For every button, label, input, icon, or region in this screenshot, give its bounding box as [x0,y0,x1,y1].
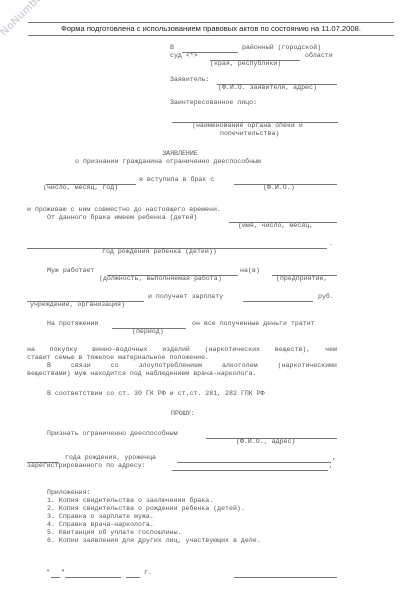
marriage-text: я вступила в брак с [139,176,214,184]
document-subtitle: о признании гражданина ограниченно деесп… [75,158,261,166]
request-title: ПРОШУ: [171,410,195,418]
word: со [111,362,119,370]
attachment-item: 1. Копия свидетельства о заключении брак… [47,497,213,505]
paragraph-1-line-2: ставит семью в тяжелое материальное поло… [27,354,209,362]
salary-field[interactable] [243,301,313,302]
children-text: От данного брака имеем ребенка (детей) [47,214,197,222]
period-hint: (период) [132,328,164,336]
quote-close: " [61,569,65,577]
period-mark: . [329,240,333,248]
organization-hint-1: (предприятие, [276,275,327,283]
salary-text: и получает зарплату [148,293,223,301]
signature-field[interactable] [234,577,337,578]
document-title: ЗАЯВЛЕНИЕ [0,150,360,158]
at-text: на(в) [240,267,260,275]
comma-2: , [329,462,333,470]
legal-basis: В соответствии со ст. 30 ГК РФ и ст.ст. … [47,390,265,398]
court-label: суд <*> [170,52,198,60]
address-field[interactable] [172,470,328,471]
living-text: и проживаю с ним совместно до настоящего… [27,206,221,214]
word: (наркотическими [278,362,337,370]
registered-text: зарегистрированного по адресу: [27,462,146,470]
interested-hint-2: попечительства) [220,130,279,138]
position-hint: (должность, выполняемая работа) [99,275,222,283]
paragraph-2-line-1: В связи со злоупотреблением алкоголем (н… [47,362,337,370]
currency-text: руб. [318,293,334,301]
birth-text: года рождения, уроженца [65,454,156,462]
attachment-item: 3. Справка о зарплате мужа. [47,513,154,521]
region-hint: (края, республики) [210,60,281,68]
comma-1: , [332,454,336,462]
word: покупку [50,346,78,354]
word: чем [325,346,337,354]
husband-works-text: Муж работает [47,267,94,275]
attachments-title: Приложения: [47,489,91,497]
word: веществ), [275,346,311,354]
word: на [27,346,35,354]
paragraph-2-line-2: веществами) муж находится под наблюдение… [27,370,257,378]
applicant-hint: (Ф.И.О. заявителя, адрес) [218,84,317,92]
recognize-hint: (Ф.И.О., адрес) [236,438,295,446]
interested-label: Заинтересованное лицо: [170,99,257,107]
paragraph-1-line-1: на покупку винно-водочных изделий (нарко… [27,346,337,354]
applicant-label: Заявитель: [170,76,210,84]
during-text: На протяжении [47,320,98,328]
day-field[interactable] [51,577,60,578]
region-suffix: области [305,52,333,60]
recognize-text: Признать ограниченно дееспособным [47,430,178,438]
word: злоупотреблением [139,362,202,370]
word: В [47,362,51,370]
spouse-name-hint: (Ф.И.О.) [263,184,295,192]
attachment-item: 5. Квитанция об уплате госпошлины. [47,529,182,537]
word: винно-водочных [92,346,147,354]
month-field[interactable] [65,577,121,578]
word: алкоголем [222,362,258,370]
birthplace-field[interactable] [177,462,331,463]
form-header: Форма подготовлена с использованием прав… [28,22,394,36]
children-hint-2: год рождения ребенка (детей)) [102,248,217,256]
spends-text: он все полученные деньги тратит [192,320,315,328]
word: изделий [162,346,190,354]
attachment-item: 4. Справка врача-нарколога. [47,521,154,529]
interested-hint-1: (наименование органа опеки и [192,122,303,130]
year-field[interactable] [126,577,140,578]
header-text: Форма подготовлена с использованием прав… [28,24,394,34]
attachment-item: 6. Копии заявления для других лиц, участ… [47,537,261,545]
word: связи [71,362,91,370]
court-type: районный (городской) [242,44,321,52]
word: (наркотических [205,346,260,354]
quote-open: " [46,569,50,577]
marriage-date-hint: (число, месяц, год) [43,184,118,192]
children-hint: (имя, число, месяц, [238,222,313,230]
year-suffix: г. [144,569,152,577]
organization-hint-2: учреждение, организация) [30,301,125,309]
attachment-item: 2. Копия свидетельства о рождении ребенк… [47,505,245,513]
court-prefix: В [170,44,174,52]
